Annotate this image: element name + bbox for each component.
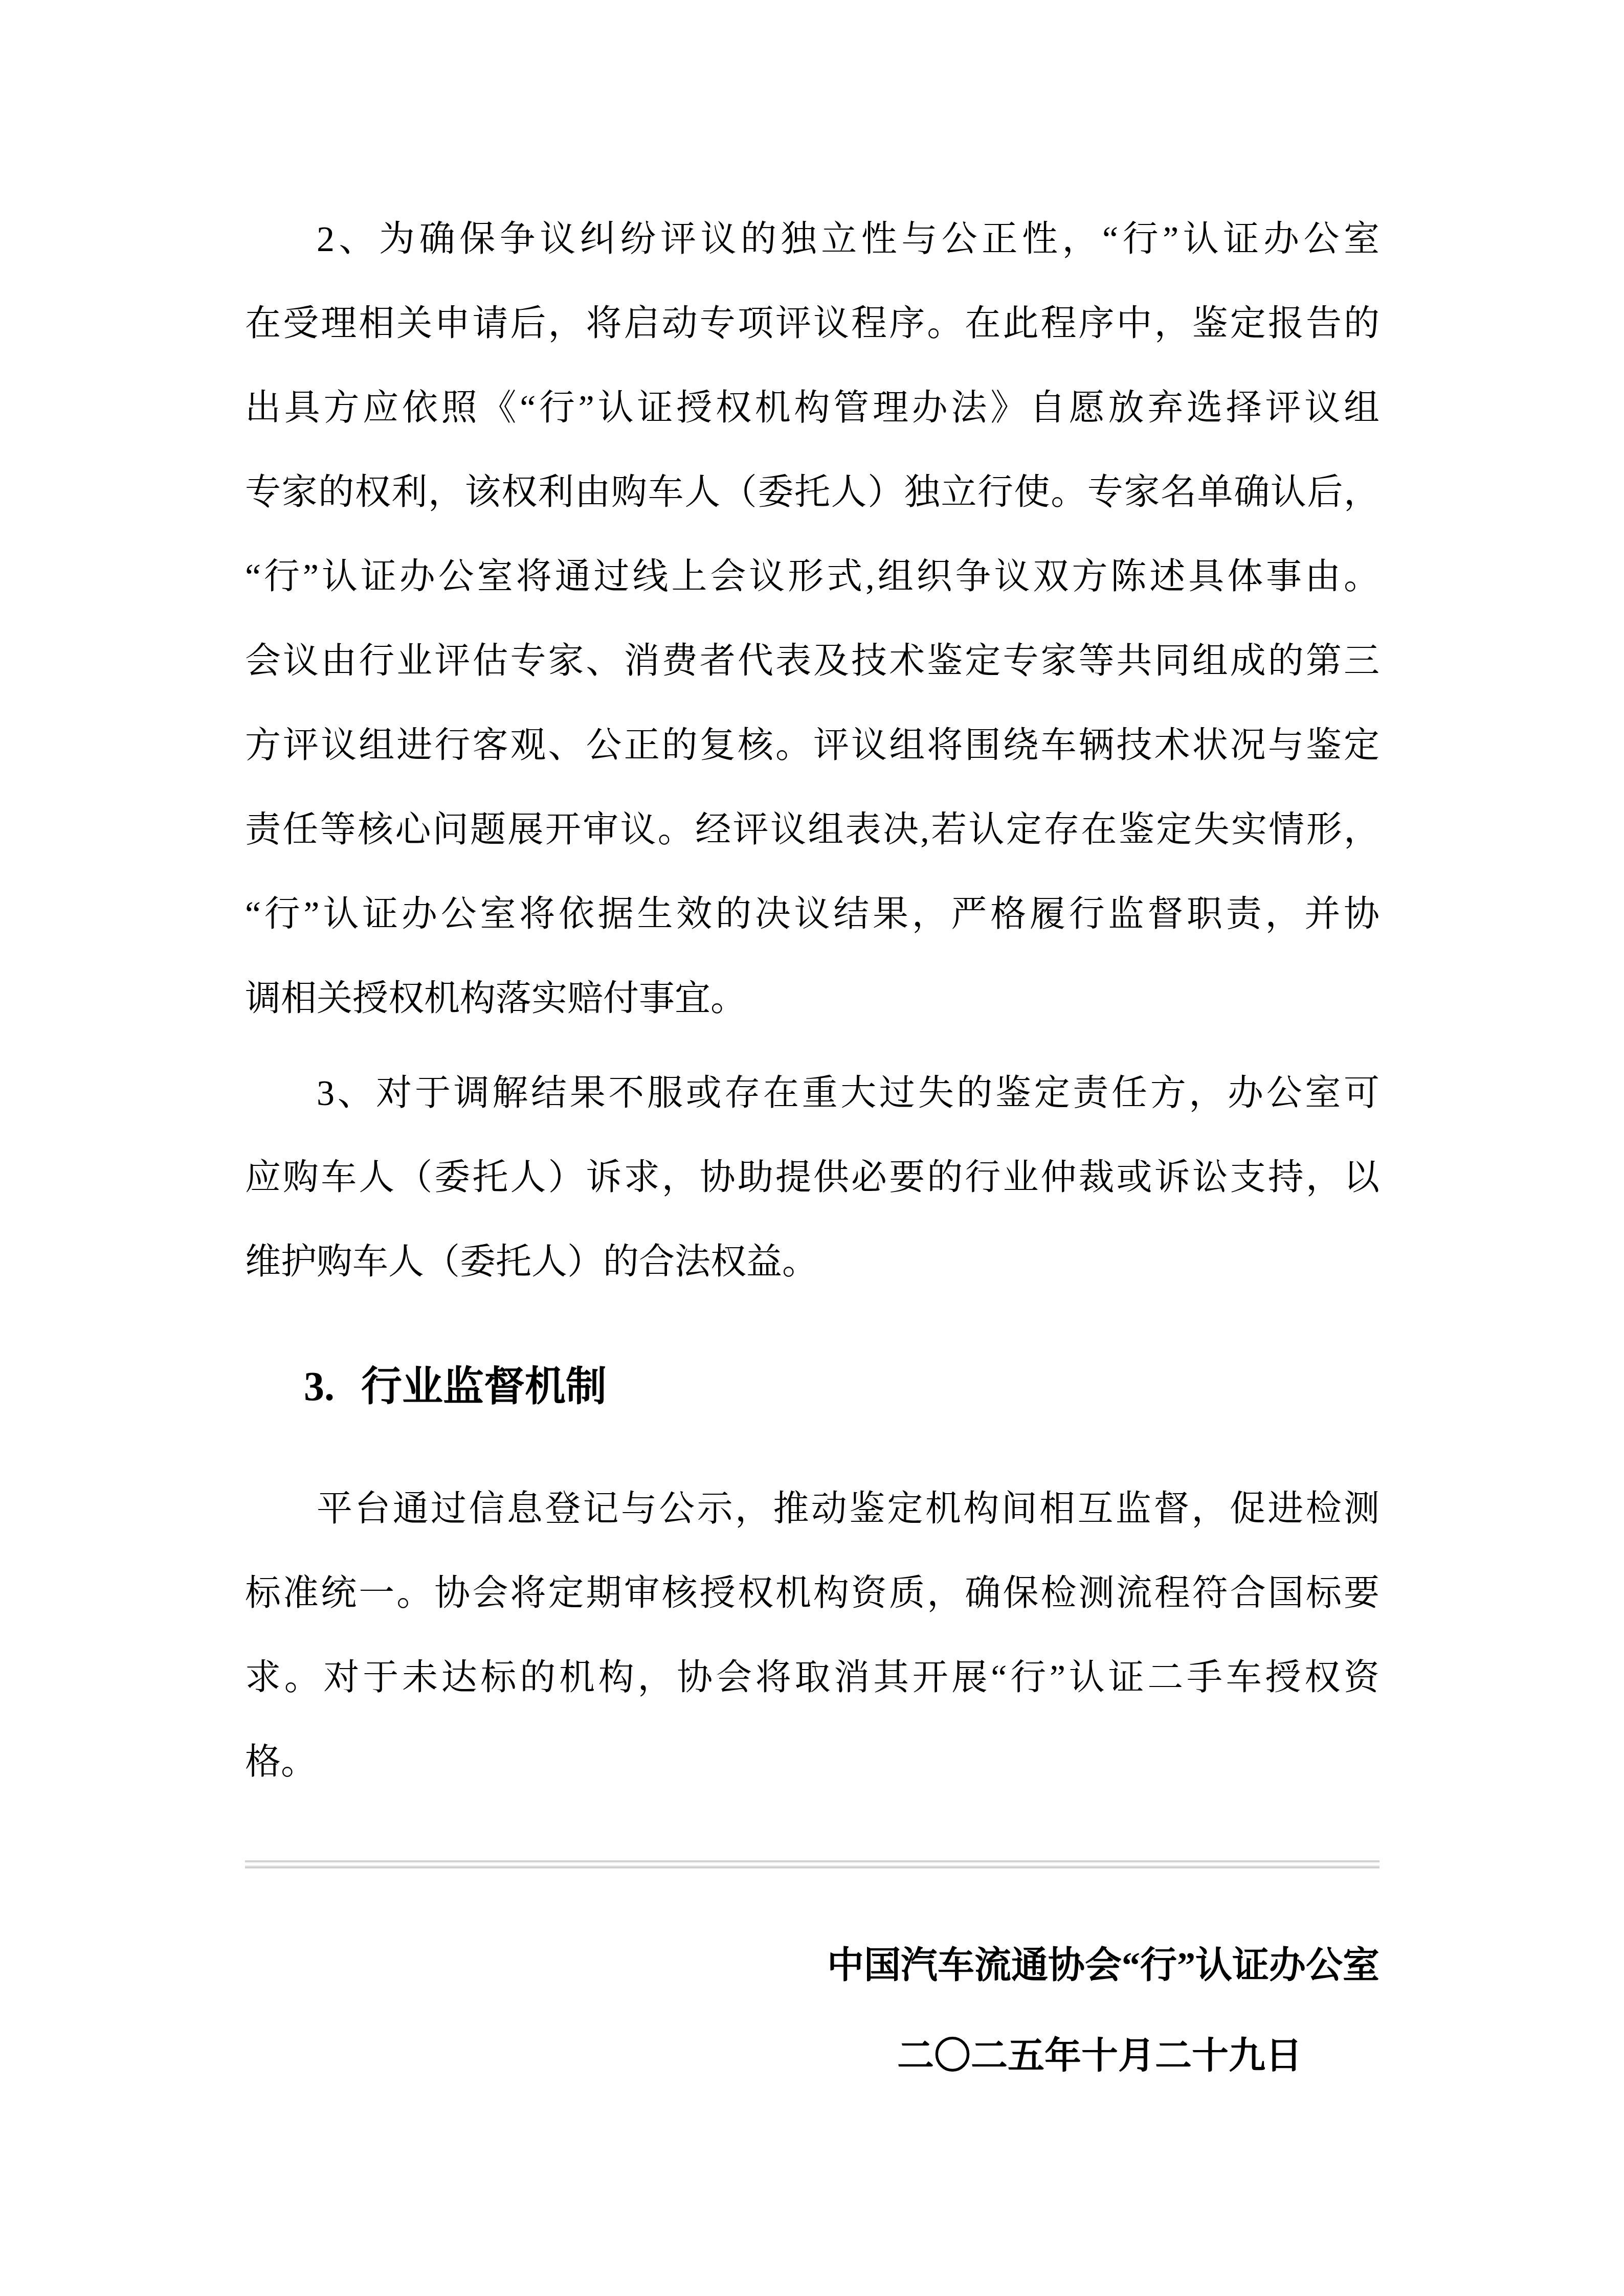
document-text-line: 责任等核心问题展开审议。经评议组表决,若认定存在鉴定失实情形，: [245, 788, 1380, 872]
document-text-line: 3、对于调解结果不服或存在重大过失的鉴定责任方，办公室可: [245, 1051, 1380, 1136]
section-heading: 3.行业监督机制: [245, 1345, 1380, 1429]
document-text-line: 方评议组进行客观、公正的复核。评议组将围绕车辆技术状况与鉴定: [245, 704, 1380, 788]
document-text-line: 求。对于未达标的机构，协会将取消其开展“行”认证二手车授权资: [245, 1636, 1380, 1720]
document-text-line: 在受理相关申请后，将启动专项评议程序。在此程序中，鉴定报告的: [245, 282, 1380, 366]
document-page: 2、为确保争议纠纷评议的独立性与公正性，“行”认证办公室 在受理相关申请后，将启…: [0, 0, 1624, 2296]
document-text-line: 出具方应依照《“行”认证授权机构管理办法》自愿放弃选择评议组: [245, 366, 1380, 451]
signature-org: 中国汽车流通协会“行”认证办公室: [245, 1923, 1380, 2008]
document-text-line: “行”认证办公室将通过线上会议形式,组织争议双方陈述具体事由。: [245, 535, 1380, 619]
document-text-line: 格。: [245, 1720, 1380, 1805]
section-heading-title: 行业监督机制: [361, 1364, 607, 1409]
section-heading-number: 3.: [304, 1364, 335, 1409]
document-text-line: 2、为确保争议纠纷评议的独立性与公正性，“行”认证办公室: [245, 197, 1380, 282]
document-body: 2、为确保争议纠纷评议的独立性与公正性，“行”认证办公室 在受理相关申请后，将启…: [245, 0, 1380, 2296]
document-text-line: 平台通过信息登记与公示，推动鉴定机构间相互监督，促进检测: [245, 1467, 1380, 1551]
document-text-line: 维护购车人（委托人）的合法权益。: [245, 1220, 1380, 1304]
document-text-line: 应购车人（委托人）诉求，协助提供必要的行业仲裁或诉讼支持，以: [245, 1136, 1380, 1220]
document-text-line: “行”认证办公室将依据生效的决议结果，严格履行监督职责，并协: [245, 872, 1380, 957]
document-text-line: 会议由行业评估专家、消费者代表及技术鉴定专家等共同组成的第三: [245, 619, 1380, 704]
signature-date: 二〇二五年十月二十九日: [245, 2014, 1380, 2098]
document-text-line: 标准统一。协会将定期审核授权机构资质，确保检测流程符合国标要: [245, 1551, 1380, 1636]
section-divider: [245, 1860, 1380, 1869]
document-text-line: 调相关授权机构落实赔付事宜。: [245, 957, 1380, 1041]
document-text-line: 专家的权利，该权利由购车人（委托人）独立行使。专家名单确认后，: [245, 451, 1380, 535]
